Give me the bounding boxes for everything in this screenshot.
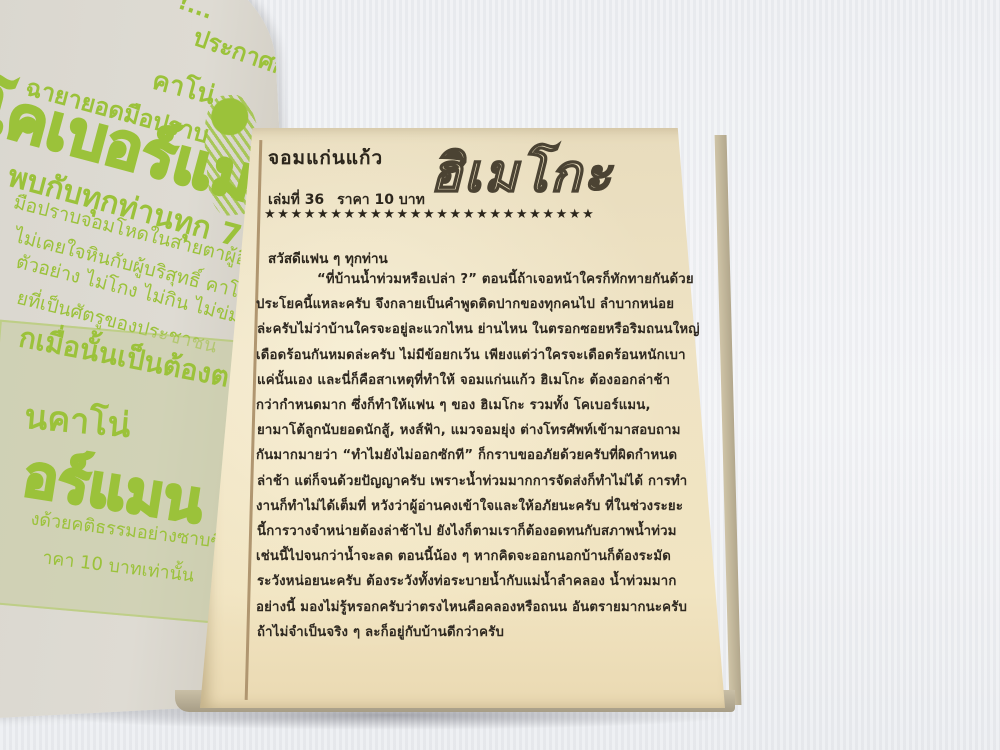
issue-price: ราคา 10 บาท: [337, 192, 425, 208]
body-line: ประโยคนี้แหละครับ จึงกลายเป็นคำพูดติดปาก…: [256, 292, 686, 317]
editorial-body: “ที่บ้านน้ำท่วมหรือเปล่า ?” ตอนนี้ถ้าเจอ…: [256, 267, 686, 645]
author-name: จอมแก่นแก้ว: [268, 143, 383, 173]
body-line: กว่ากำหนดมาก ซึ่งก็ทำให้แฟน ๆ ของ ฮิเมโก…: [256, 393, 686, 418]
star-divider: ★★★★★★★★★★★★★★★★★★★★★★★★★: [264, 207, 595, 222]
body-line: ยามาโต้ลูกนับยอดนักสู้, หงส์ฟ้า, แมวจอมย…: [257, 418, 687, 443]
greeting: สวัสดีแฟน ๆ ทุกท่าน: [268, 247, 388, 269]
body-line: งานก็ทำไม่ได้เต็มที่ หวังว่าผู้อ่านคงเข้…: [256, 494, 686, 519]
body-line: เช่นนี้ไปจนกว่าน้ำจะลด ตอนนี้น้อง ๆ หากค…: [256, 544, 686, 569]
body-line: แค่นั้นเอง และนี่ก็คือสาเหตุที่ทำให้ จอม…: [257, 368, 687, 393]
body-line: เดือดร้อนกันหมดล่ะครับ ไม่มีข้อยกเว้น เพ…: [256, 343, 686, 368]
body-line: อย่างนี้ มองไม่รู้หรอกครับว่าตรงไหนคือคล…: [256, 595, 686, 620]
body-line: “ที่บ้านน้ำท่วมหรือเปล่า ?” ตอนนี้ถ้าเจอ…: [257, 267, 687, 292]
body-line: ถ้าไม่จำเป็นจริง ๆ ละก็อยู่กับบ้านดีกว่า…: [257, 620, 687, 645]
photo-scene: !... ประกาศก้อง! คาโน่ ฉายายอดมือปราบ โค…: [0, 0, 1000, 750]
body-line: ล่ะครับไม่ว่าบ้านใครจะอยู่ละแวกไหน ย่านไ…: [257, 317, 687, 342]
body-line: ล่าช้า แต่ก็จนด้วยปัญญาครับ เพราะน้ำท่วม…: [257, 469, 687, 494]
body-line: นี้การวางจำหน่ายต้องล่าช้าไป ยังไงก็ตามเ…: [257, 519, 687, 544]
series-title-logo: ฮิเมโกะ: [430, 131, 613, 214]
body-line: ระวังหน่อยนะครับ ต้องระวังทั้งท่อระบายน้…: [257, 569, 687, 594]
issue-number: เล่มที่ 36: [268, 192, 324, 208]
body-line: กันมากมายว่า “ทำไมยังไม่ออกซักที” ก็กราบ…: [256, 443, 686, 468]
